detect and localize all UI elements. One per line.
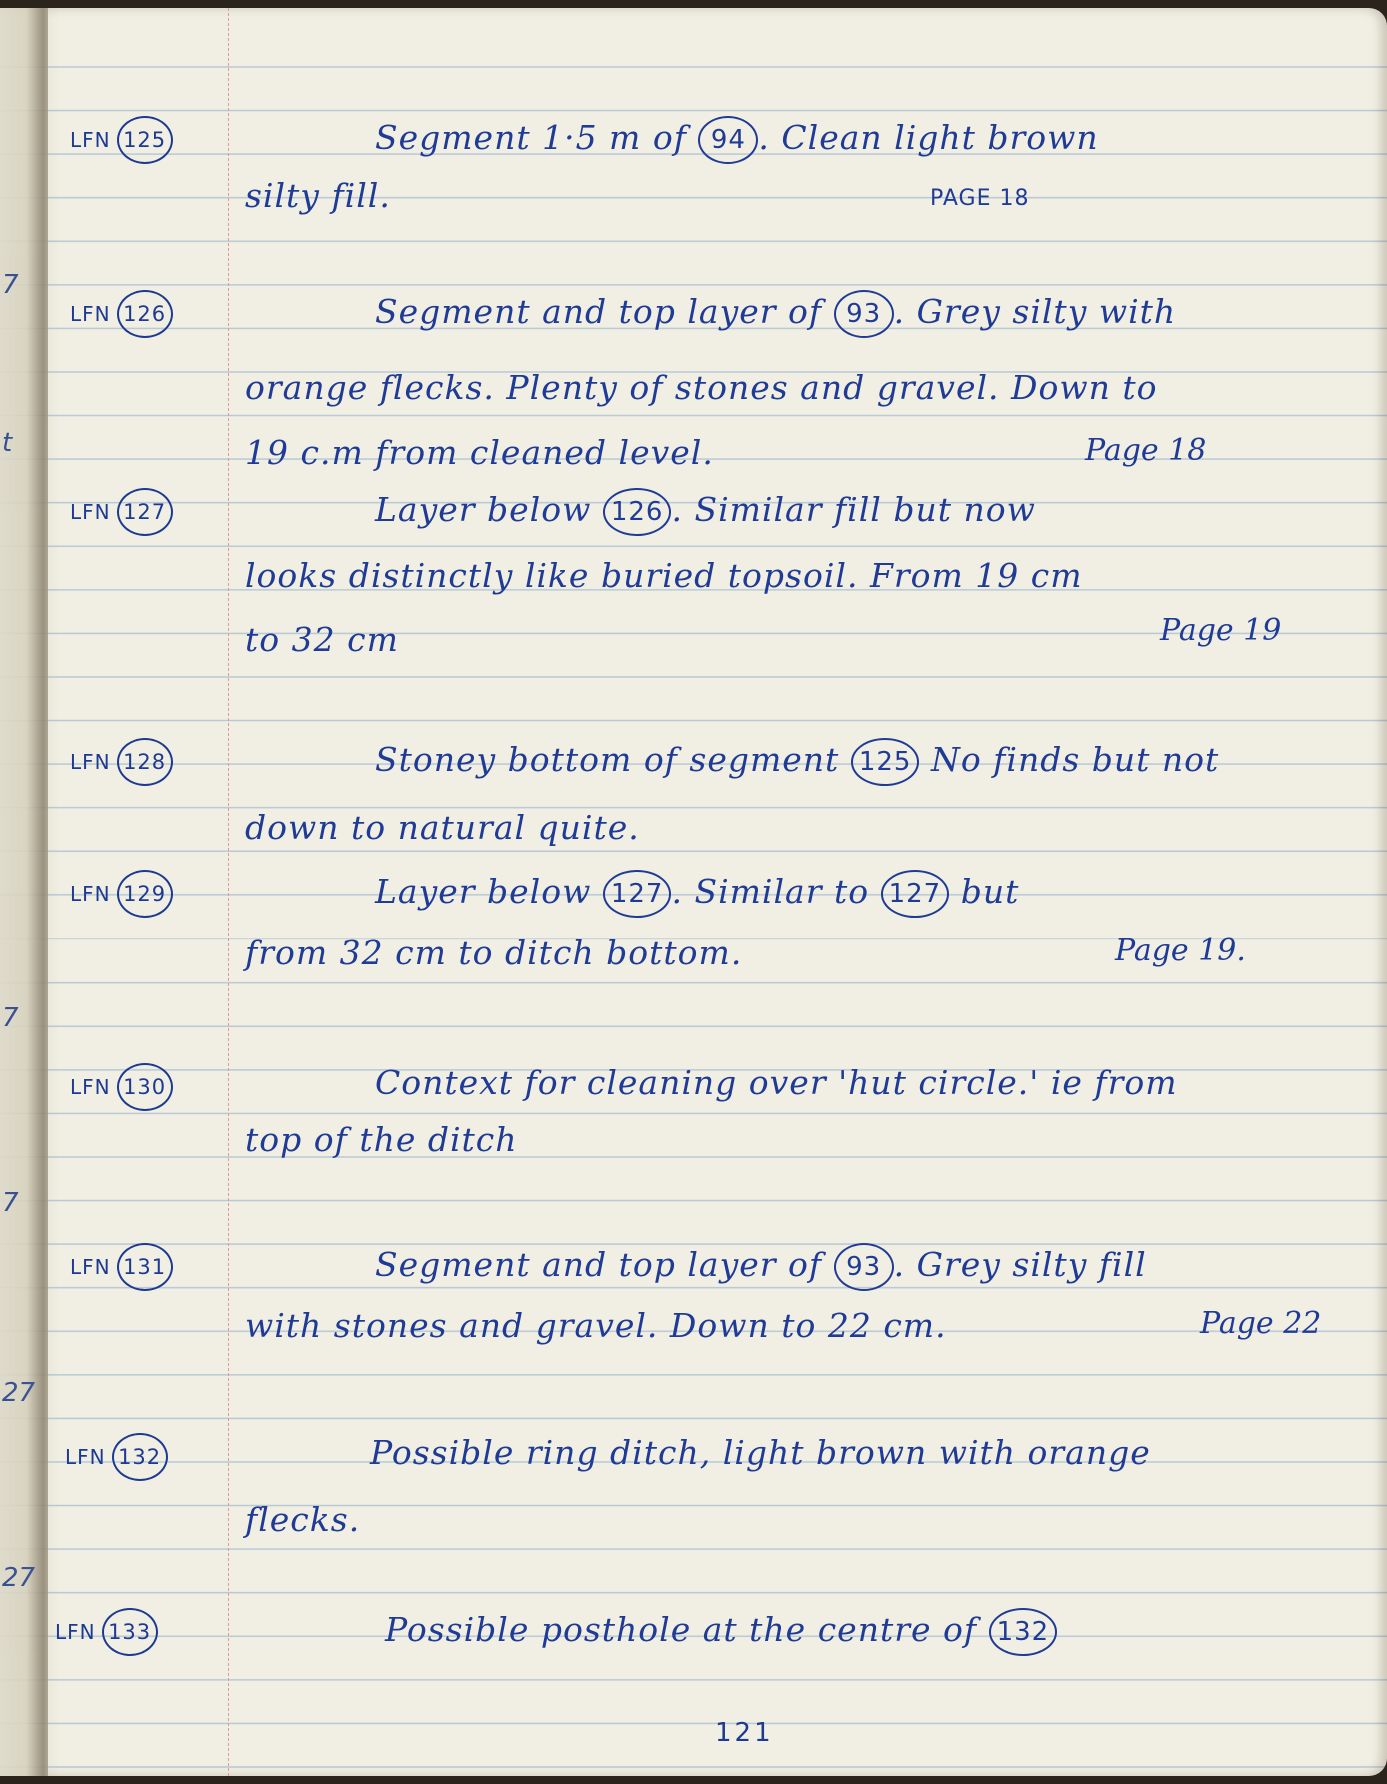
text: top of the ditch bbox=[245, 1120, 518, 1159]
lfn-prefix: LFN bbox=[70, 1255, 111, 1279]
entry-number-circle: 131 bbox=[117, 1243, 173, 1291]
page-reference: Page 22 bbox=[1200, 1306, 1321, 1341]
text: down to natural quite. bbox=[245, 808, 640, 847]
entry-text-line: Segment and top layer of 93. Grey silty … bbox=[375, 290, 1176, 338]
text: flecks. bbox=[245, 1500, 360, 1539]
entry-text-line: Possible ring ditch, light brown with or… bbox=[370, 1433, 1151, 1472]
context-ref-circle: 132 bbox=[989, 1608, 1058, 1656]
entry-text-line: down to natural quite. bbox=[245, 808, 640, 847]
text: Stoney bottom of segment bbox=[375, 740, 851, 779]
text: . Similar to bbox=[671, 872, 880, 911]
entry-label: LFN 129 bbox=[70, 870, 173, 918]
entry-text-line: looks distinctly like buried topsoil. Fr… bbox=[245, 556, 1083, 595]
entry-text-line: Possible posthole at the centre of 132 bbox=[385, 1608, 1057, 1656]
entry-number-circle: 133 bbox=[102, 1608, 158, 1656]
gutter-mark: 27 bbox=[2, 1378, 35, 1408]
context-ref-circle: 125 bbox=[851, 738, 920, 786]
text: . Grey silty with bbox=[894, 292, 1177, 331]
entry-text-line: to 32 cm bbox=[245, 620, 399, 659]
entry-text-line: Context for cleaning over 'hut circle.' … bbox=[375, 1063, 1178, 1102]
text: Context for cleaning over 'hut circle.' … bbox=[375, 1063, 1178, 1102]
entry-number-circle: 129 bbox=[117, 870, 173, 918]
page-number: 121 bbox=[715, 1718, 774, 1748]
context-ref-circle: 126 bbox=[603, 488, 672, 536]
gutter-mark: 27 bbox=[2, 1563, 35, 1593]
text: from 32 cm to ditch bottom. bbox=[245, 933, 742, 972]
text: but bbox=[949, 872, 1019, 911]
text: . Similar fill but now bbox=[671, 490, 1035, 529]
entry-text-line: flecks. bbox=[245, 1500, 360, 1539]
entry-text-line: Layer below 127. Similar to 127 but bbox=[375, 870, 1019, 918]
entry-label: LFN 133 bbox=[55, 1608, 158, 1656]
entry-text-line: orange flecks. Plenty of stones and grav… bbox=[245, 368, 1157, 407]
lfn-prefix: LFN bbox=[70, 500, 111, 524]
text: to 32 cm bbox=[245, 620, 399, 659]
entry-number-circle: 130 bbox=[117, 1063, 173, 1111]
lfn-prefix: LFN bbox=[70, 302, 111, 326]
margin-rule bbox=[228, 8, 229, 1776]
context-ref-circle: 93 bbox=[834, 1243, 894, 1291]
lfn-prefix: LFN bbox=[70, 882, 111, 906]
page-reference: Page 18 bbox=[1085, 433, 1206, 468]
entry-text-line: 19 c.m from cleaned level. bbox=[245, 433, 714, 472]
gutter-mark: 7 bbox=[2, 270, 19, 300]
text: orange flecks. Plenty of stones and grav… bbox=[245, 368, 1157, 407]
gutter-mark: t bbox=[2, 428, 12, 458]
entry-number-circle: 128 bbox=[117, 738, 173, 786]
lfn-prefix: LFN bbox=[70, 1075, 111, 1099]
text: Segment and top layer of bbox=[375, 1245, 834, 1284]
entry-label: LFN 130 bbox=[70, 1063, 173, 1111]
entry-label: LFN 131 bbox=[70, 1243, 173, 1291]
gutter-mark: 7 bbox=[2, 1003, 19, 1033]
text: Segment and top layer of bbox=[375, 292, 834, 331]
context-ref-circle: 94 bbox=[698, 116, 758, 164]
entry-text-line: Segment and top layer of 93. Grey silty … bbox=[375, 1243, 1147, 1291]
binding-gutter: 7 t 7 7 27 27 bbox=[0, 8, 48, 1776]
lfn-prefix: LFN bbox=[65, 1445, 106, 1469]
entry-text-line: Segment 1·5 m of 94. Clean light brown bbox=[375, 116, 1099, 164]
context-ref-circle: 93 bbox=[834, 290, 894, 338]
text: Segment 1·5 m of bbox=[375, 118, 698, 157]
text: 19 c.m from cleaned level. bbox=[245, 433, 714, 472]
page-reference: Page 19. bbox=[1115, 933, 1246, 968]
text: Layer below bbox=[375, 490, 603, 529]
entry-number-circle: 125 bbox=[117, 116, 173, 164]
entry-text-line: silty fill. bbox=[245, 176, 391, 215]
entry-text-line: top of the ditch bbox=[245, 1120, 518, 1159]
text: Layer below bbox=[375, 872, 603, 911]
entry-label: LFN 128 bbox=[70, 738, 173, 786]
entry-label: LFN 132 bbox=[65, 1433, 168, 1481]
text: . Clean light brown bbox=[758, 118, 1098, 157]
text: . Grey silty fill bbox=[894, 1245, 1147, 1284]
entry-label: LFN 125 bbox=[70, 116, 173, 164]
page-reference: PAGE 18 bbox=[930, 186, 1029, 211]
entry-label: LFN 126 bbox=[70, 290, 173, 338]
text: looks distinctly like buried topsoil. Fr… bbox=[245, 556, 1083, 595]
context-ref-circle: 127 bbox=[603, 870, 672, 918]
entry-number-circle: 127 bbox=[117, 488, 173, 536]
text: with stones and gravel. Down to 22 cm. bbox=[245, 1306, 947, 1345]
text: silty fill. bbox=[245, 176, 391, 215]
entry-label: LFN 127 bbox=[70, 488, 173, 536]
notebook-page: 7 t 7 7 27 27 LFN 125 Segment 1·5 m of 9… bbox=[0, 8, 1387, 1776]
text: Possible ring ditch, light brown with or… bbox=[370, 1433, 1151, 1472]
text: No finds but not bbox=[919, 740, 1219, 779]
entry-text-line: Layer below 126. Similar fill but now bbox=[375, 488, 1036, 536]
entry-text-line: with stones and gravel. Down to 22 cm. bbox=[245, 1306, 947, 1345]
entry-number-circle: 126 bbox=[117, 290, 173, 338]
entry-text-line: Stoney bottom of segment 125 No finds bu… bbox=[375, 738, 1219, 786]
lfn-prefix: LFN bbox=[70, 750, 111, 774]
lfn-prefix: LFN bbox=[55, 1620, 96, 1644]
text: Possible posthole at the centre of bbox=[385, 1610, 989, 1649]
entry-number-circle: 132 bbox=[112, 1433, 168, 1481]
entry-text-line: from 32 cm to ditch bottom. bbox=[245, 933, 742, 972]
lfn-prefix: LFN bbox=[70, 128, 111, 152]
page-reference: Page 19 bbox=[1160, 613, 1281, 648]
context-ref-circle: 127 bbox=[881, 870, 950, 918]
gutter-mark: 7 bbox=[2, 1188, 19, 1218]
